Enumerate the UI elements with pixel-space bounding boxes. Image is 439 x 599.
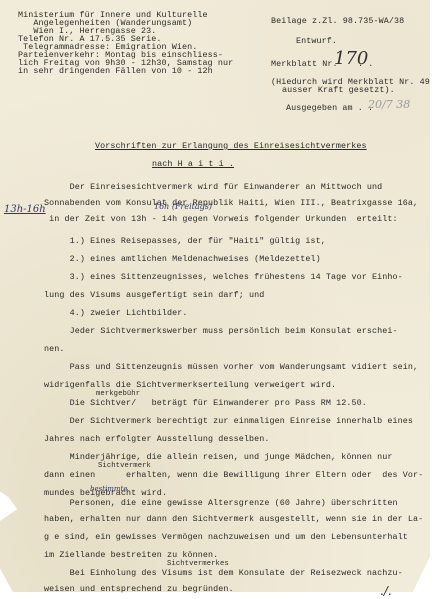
issued-label: Ausgegeben am . .: [286, 104, 373, 112]
supersedes-line: ausser Kraft gesetzt).: [282, 86, 395, 94]
body-line: Pass und Sittenzeugnis müssen vorher vom…: [44, 363, 418, 371]
letterhead-line: in sehr dringenden Fällen von 10 - 12h: [18, 67, 213, 75]
body-line: 4.) zweier Lichtbilder.: [44, 309, 188, 317]
leaflet-label: Merkblatt Nr.: [271, 60, 338, 68]
fee-insert-annotation: merkgebühr: [96, 391, 140, 398]
body-line: lung des Visums ausgefertigt sein darf; …: [44, 291, 264, 299]
age-insert-annotation: bestimmte: [90, 485, 128, 493]
body-line: im Ziellande bestreiten zu können.: [44, 551, 218, 559]
body-line: 2.) eines amtlichen Meldenachweises (Mel…: [44, 255, 321, 263]
body-line: Der Einreisesichtvermerk wird für Einwan…: [44, 183, 382, 191]
body-line: 1.) Eines Reisepasses, der für "Haiti" g…: [44, 237, 326, 245]
body-line: Der Sichtvermerk berechtigt zur einmalig…: [44, 417, 413, 425]
issued-date: 20/7 38: [368, 98, 410, 111]
body-line: in der Zeit von 13h - 14h gegen Vorweis …: [44, 215, 398, 223]
body-line: Sonnabenden vom Konsulat der Republik Ha…: [44, 199, 418, 207]
document-title: Vorschriften zur Erlangung des Einreises…: [95, 142, 367, 150]
body-line: Jahres nach erfolgter Ausstellung dessel…: [44, 435, 270, 443]
body-line: 3.) eines Sittenzeugnisses, welches früh…: [44, 273, 403, 281]
body-line: Die Sichtver/ beträgt für Einwanderer pr…: [44, 399, 367, 407]
body-line: haben, erhalten nur dann den Sichtvermer…: [44, 515, 423, 523]
visa-insert-annotation: Sichtvermerk: [98, 463, 151, 470]
margin-hours-annotation: 13h-16h: [4, 204, 46, 215]
body-line: nen.: [44, 345, 65, 353]
visa-insert-annotation-2: Sichtvermerkes: [167, 561, 229, 568]
body-line: widrigenfalls die Sichtvermerkserteilung…: [44, 381, 336, 389]
leaflet-dots: . .: [358, 60, 373, 68]
reference-number: Beilage z.Zl. 98.735-WA/38: [271, 17, 404, 25]
body-line: weisen und entsprechend zu begründen.: [44, 585, 234, 593]
time-correction-annotation: 16h (Freitags): [154, 202, 212, 211]
body-line: Jeder Sichtvermerkswerber muss persönlic…: [44, 327, 398, 335]
body-line: Personen, die eine gewisse Altersgrenze …: [44, 499, 398, 507]
body-line: Bei Einholung des Visums ist dem Konsula…: [44, 569, 403, 577]
body-line: dann einen erhalten, wenn die Bewilligun…: [44, 471, 423, 479]
body-line: Minderjährige, die allein reisen, und ju…: [44, 453, 393, 461]
document-title-country: nach H a i t i .: [152, 160, 234, 168]
body-line: g e sind, ein gewisses Vermögen nachzuwe…: [44, 533, 408, 541]
draft-label: Entwurf.: [296, 37, 337, 45]
page-continuation-mark: ./.: [380, 584, 392, 598]
